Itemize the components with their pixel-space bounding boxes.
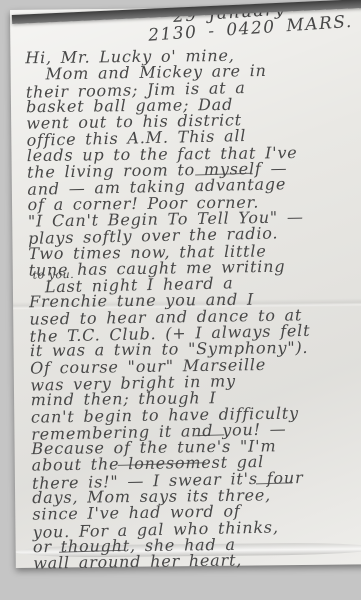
scan-background: 29 January 2130 - 0420 MARS. Hi, Mr. Luc… — [0, 0, 361, 600]
letter-paper: 29 January 2130 - 0420 MARS. Hi, Mr. Luc… — [10, 6, 361, 568]
letter-body: Hi, Mr. Lucky o' mine, Mom and Mickey ar… — [15, 43, 361, 570]
letter-content: 29 January 2130 - 0420 MARS. Hi, Mr. Luc… — [9, 5, 361, 569]
line-text: wall around her heart, — [33, 551, 242, 573]
